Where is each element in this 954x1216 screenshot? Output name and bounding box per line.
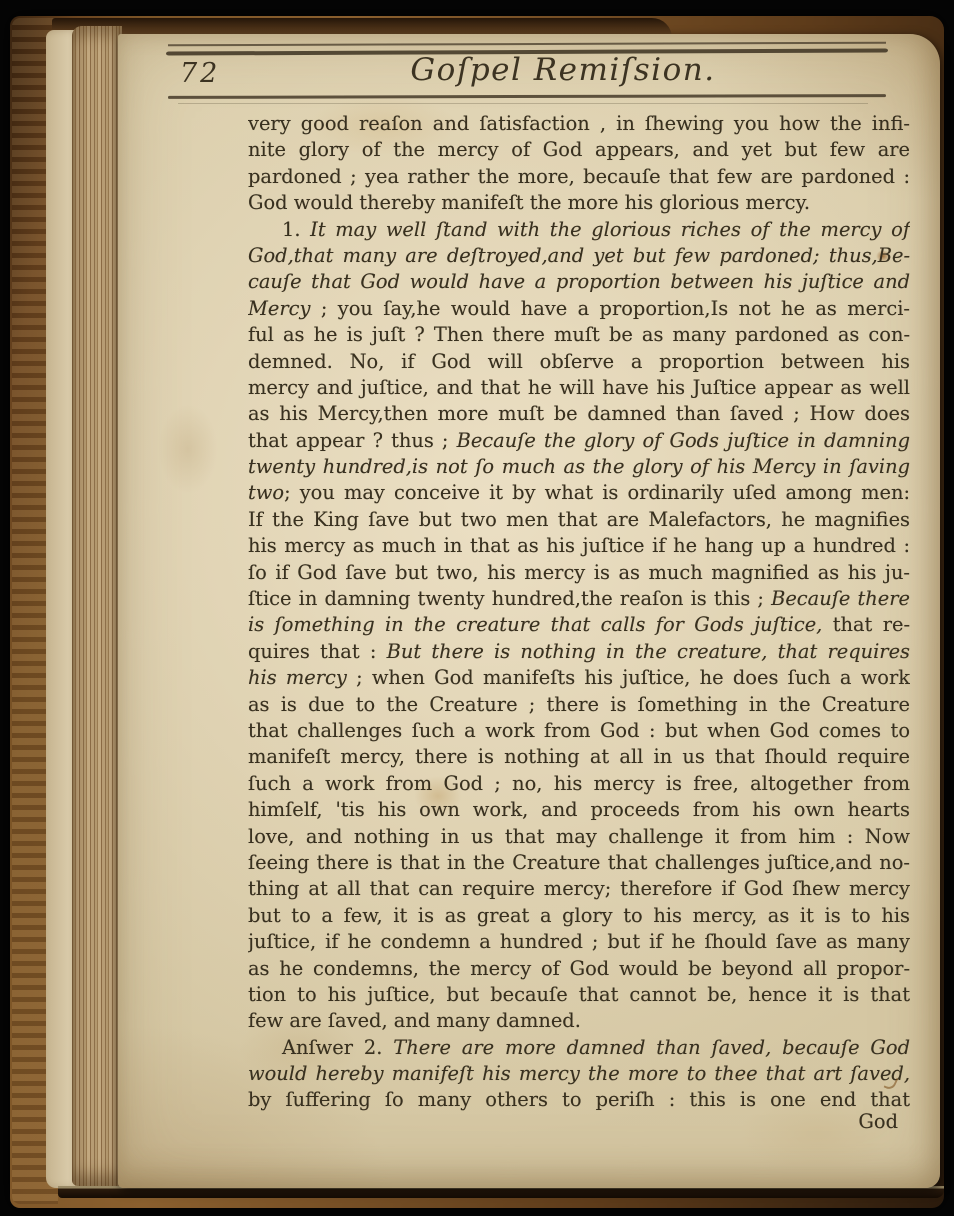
text-segment: as he condemns, the mercy of God would b… (248, 957, 910, 980)
text-line: 1. It may well ſtand with the glorious r… (248, 217, 910, 243)
text-segment: that challenges ſuch a work from God : b… (248, 719, 910, 742)
page-number: 72 (180, 58, 220, 89)
italic-text-segment: twenty hundred,is not ſo much as the glo… (248, 455, 910, 478)
text-segment: as his Mercy,then more muſt be damned th… (248, 402, 910, 425)
text-line: If the King ſave but two men that are Ma… (248, 507, 910, 533)
header-bottom-rule-faint (178, 103, 868, 104)
text-line: demned. No, if God will obſerve a propor… (248, 349, 910, 375)
text-line: ſuch a work from God ; no, his mercy is … (248, 771, 910, 797)
catchword: God (858, 1110, 898, 1133)
running-title: Goſpel Remiſsion. (238, 52, 888, 88)
text-line: Mercy ; you ſay,he would have a proporti… (248, 296, 910, 322)
text-line: ſo if God ſave but two, his mercy is as … (248, 560, 910, 586)
text-segment: ; you ſay,he would have a proportion,Is … (310, 297, 910, 320)
text-line: his mercy ; when God manifeſts his juſti… (248, 665, 910, 691)
text-segment: ſuch a work from God ; no, his mercy is … (248, 772, 910, 795)
text-segment: If the King ſave but two men that are Ma… (248, 508, 910, 531)
italic-text-segment: Mercy (248, 297, 310, 320)
text-segment: tion to his juſtice, but becauſe that ca… (248, 983, 910, 1006)
text-line: his mercy as much in that as his juſtice… (248, 533, 910, 559)
text-segment: thing at all that can require mercy; the… (248, 877, 910, 900)
header-bottom-rule (168, 94, 886, 99)
book-page: 72 Goſpel Remiſsion. very good reaſon an… (118, 34, 940, 1188)
text-line: would hereby manifeſt his mercy the more… (248, 1061, 910, 1087)
text-line: by ſuffering ſo many others to periſh : … (248, 1087, 910, 1113)
text-segment: 1. (282, 218, 310, 241)
text-line: nite glory of the mercy of God appears, … (248, 137, 910, 163)
text-segment: ful as he is juſt ? Then there muſt be a… (248, 323, 910, 346)
text-segment: love, and nothing in us that may challen… (248, 825, 910, 848)
italic-text-segment: There are more damned than ſaved, becauſ… (393, 1036, 910, 1059)
text-line: two; you may conceive it by what is ordi… (248, 480, 910, 506)
italic-text-segment: would hereby manifeſt his mercy the more… (248, 1062, 910, 1085)
text-segment: quires that : (248, 640, 387, 663)
text-line: manifeſt mercy, there is nothing at all … (248, 744, 910, 770)
text-line: thing at all that can require mercy; the… (248, 876, 910, 902)
text-segment: manifeſt mercy, there is nothing at all … (248, 745, 910, 768)
text-line: himſelf, 'tis his own work, and proceeds… (248, 797, 910, 823)
page-block-fore-edge (72, 26, 122, 1186)
text-segment: ; when God manifeſts his juſtice, he doe… (347, 666, 910, 689)
text-line: twenty hundred,is not ſo much as the glo… (248, 454, 910, 480)
text-line: juſtice, if he condemn a hundred ; but i… (248, 929, 910, 955)
italic-text-segment: But there is nothing in the creature, th… (387, 640, 910, 663)
text-segment: ; you may conceive it by what is ordinar… (284, 481, 910, 504)
text-segment: juſtice, if he condemn a hundred ; but i… (248, 930, 910, 953)
text-line: as he condemns, the mercy of God would b… (248, 956, 910, 982)
text-line: tion to his juſtice, but becauſe that ca… (248, 982, 910, 1008)
italic-text-segment: two (248, 481, 284, 504)
text-line: is ſomething in the creature that calls … (248, 612, 910, 638)
text-segment: mercy and juſtice, and that he will have… (248, 376, 910, 399)
text-line: ſtice in damning twenty hundred,the reaſ… (248, 586, 910, 612)
italic-text-segment: It may well ſtand with the glorious rich… (310, 218, 910, 241)
text-segment: his mercy as much in that as his juſtice… (248, 534, 910, 557)
text-segment: very good reaſon and ſatisfaction , in ſ… (248, 112, 910, 135)
text-line: but to a few, it is as great a glory to … (248, 903, 910, 929)
text-segment: few are ſaved, and many damned. (248, 1009, 581, 1032)
text-segment: demned. No, if God will obſerve a propor… (248, 350, 910, 373)
italic-text-segment: his mercy (248, 666, 347, 689)
header-top-rule-thin (168, 42, 886, 47)
text-segment: nite glory of the mercy of God appears, … (248, 138, 910, 161)
text-line: Anſwer 2. There are more damned than ſav… (248, 1035, 910, 1061)
italic-text-segment: Becauſe the glory of Gods juſtice in dam… (457, 429, 910, 452)
text-segment: as is due to the Creature ; there is ſom… (248, 693, 910, 716)
text-line: God would thereby manifeſt the more his … (248, 190, 910, 216)
text-segment: that re- (822, 613, 910, 636)
photo-background: { "book": { "page_number": "72", "runnin… (0, 0, 954, 1216)
text-segment: pardoned ; yea rather the more, becauſe … (248, 165, 910, 188)
text-segment: God would thereby manifeſt the more his … (248, 191, 810, 214)
text-line: love, and nothing in us that may challen… (248, 824, 910, 850)
text-line: pardoned ; yea rather the more, becauſe … (248, 164, 910, 190)
italic-text-segment: Becauſe there (771, 587, 910, 610)
text-line: as is due to the Creature ; there is ſom… (248, 692, 910, 718)
italic-text-segment: cauſe that God would have a proportion b… (248, 270, 910, 293)
text-line: God,that many are deſtroyed,and yet but … (248, 243, 910, 269)
text-line: that appear ? thus ; Becauſe the glory o… (248, 428, 910, 454)
text-segment: himſelf, 'tis his own work, and proceeds… (248, 798, 910, 821)
text-line: that challenges ſuch a work from God : b… (248, 718, 910, 744)
text-segment: that appear ? thus ; (248, 429, 457, 452)
text-segment: ſeeing there is that in the Creature tha… (248, 851, 910, 874)
text-line: cauſe that God would have a proportion b… (248, 269, 910, 295)
text-line: ful as he is juſt ? Then there muſt be a… (248, 322, 910, 348)
text-line: ſeeing there is that in the Creature tha… (248, 850, 910, 876)
italic-text-segment: is ſomething in the creature that calls … (248, 613, 822, 636)
text-line: very good reaſon and ſatisfaction , in ſ… (248, 111, 910, 137)
italic-text-segment: God,that many are deſtroyed,and yet but … (248, 244, 910, 267)
paper-stain (158, 404, 218, 494)
text-segment: ſtice in damning twenty hundred,the reaſ… (248, 587, 771, 610)
text-segment: by ſuffering ſo many others to periſh : … (248, 1088, 910, 1111)
text-segment: ſo if God ſave but two, his mercy is as … (248, 561, 910, 584)
text-line: few are ſaved, and many damned. (248, 1008, 910, 1034)
text-line: quires that : But there is nothing in th… (248, 639, 910, 665)
text-block: very good reaſon and ſatisfaction , in ſ… (248, 111, 910, 1114)
text-segment: Anſwer 2. (282, 1036, 393, 1059)
text-segment: but to a few, it is as great a glory to … (248, 904, 910, 927)
text-line: as his Mercy,then more muſt be damned th… (248, 401, 910, 427)
text-line: mercy and juſtice, and that he will have… (248, 375, 910, 401)
